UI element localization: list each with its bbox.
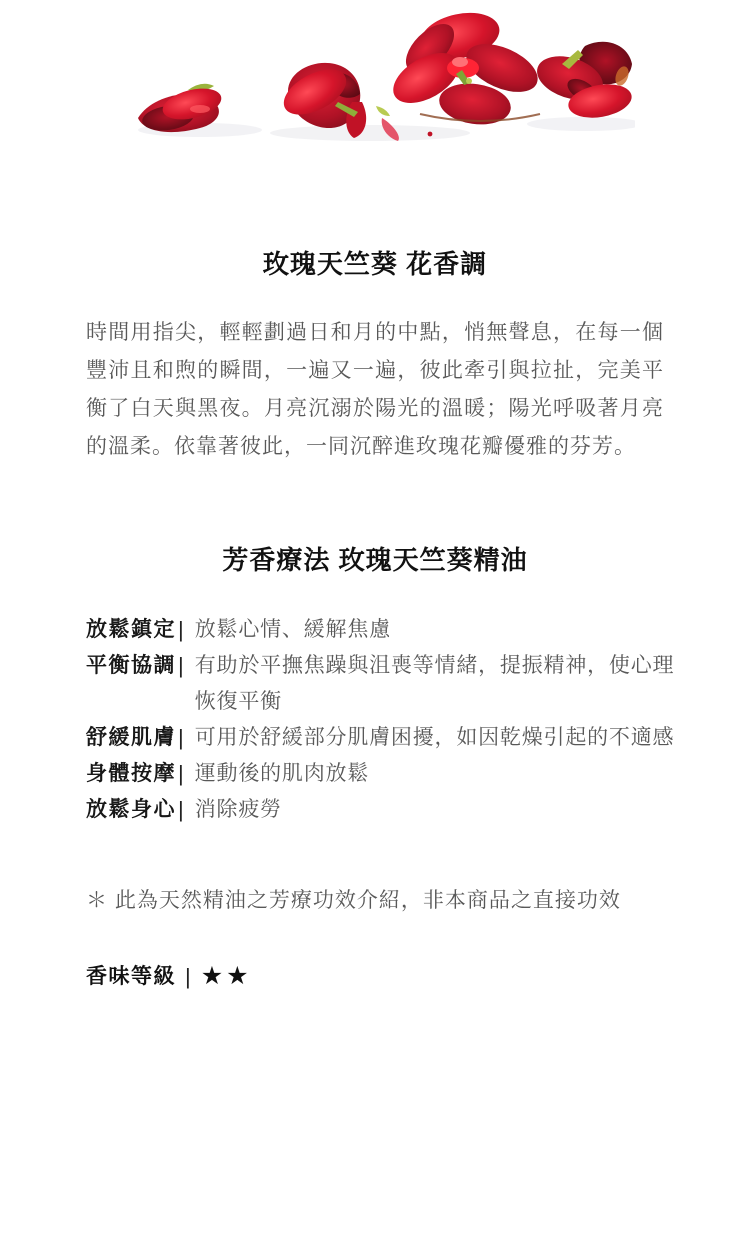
benefit-label: 平衡協調 (86, 648, 178, 684)
pipe-separator: | (178, 720, 184, 756)
benefit-description: 有助於平撫焦躁與沮喪等情緒，提振精神，使心理恢復平衡 (195, 648, 681, 720)
scent-level-label: 香味等級 (86, 960, 176, 994)
benefit-row-body-massage: 身體按摩 | 運動後的肌肉放鬆 (86, 756, 692, 792)
benefit-label: 身體按摩 (86, 756, 178, 792)
petals-illustration (130, 6, 635, 141)
petals-photo (130, 6, 635, 141)
benefit-label: 放鬆身心 (86, 792, 178, 828)
benefit-row-balance: 平衡協調 | 有助於平撫焦躁與沮喪等情緒，提振精神，使心理恢復平衡 (86, 648, 692, 720)
benefit-label: 放鬆鎮定 (86, 612, 178, 648)
benefit-description: 可用於舒緩部分肌膚困擾，如因乾燥引起的不適感 (195, 720, 681, 756)
disclaimer-note: ＊ 此為天然精油之芳療功效介紹，非本商品之直接功效 (86, 885, 686, 917)
benefit-label: 舒緩肌膚 (86, 720, 178, 756)
pipe-separator: | (185, 960, 191, 994)
intro-paragraph: 時間用指尖，輕輕劃過日和月的中點，悄無聲息，在每一個豐沛且和煦的瞬間，一遍又一遍… (86, 314, 664, 466)
benefit-description: 運動後的肌肉放鬆 (195, 756, 681, 792)
benefit-list: 放鬆鎮定 | 放鬆心情、緩解焦慮 平衡協調 | 有助於平撫焦躁與沮喪等情緒，提振… (86, 612, 692, 828)
benefit-row-relax-body-mind: 放鬆身心 | 消除疲勞 (86, 792, 692, 828)
benefit-description: 消除疲勞 (195, 792, 681, 828)
pipe-separator: | (178, 648, 184, 684)
pipe-separator: | (178, 792, 184, 828)
fragrance-title: 玫瑰天竺葵 花香調 (0, 248, 750, 280)
benefit-row-soothe-skin: 舒緩肌膚 | 可用於舒緩部分肌膚困擾，如因乾燥引起的不適感 (86, 720, 692, 756)
product-description-page: 玫瑰天竺葵 花香調 時間用指尖，輕輕劃過日和月的中點，悄無聲息，在每一個豐沛且和… (0, 0, 750, 1235)
aromatherapy-title: 芳香療法 玫瑰天竺葵精油 (0, 544, 750, 576)
star-rating-icon: ★★ (201, 959, 252, 993)
benefit-description: 放鬆心情、緩解焦慮 (195, 612, 681, 648)
pipe-separator: | (178, 612, 184, 648)
pipe-separator: | (178, 756, 184, 792)
benefit-row-relax-calm: 放鬆鎮定 | 放鬆心情、緩解焦慮 (86, 612, 692, 648)
scent-level-row: 香味等級 | ★★ (86, 960, 252, 994)
